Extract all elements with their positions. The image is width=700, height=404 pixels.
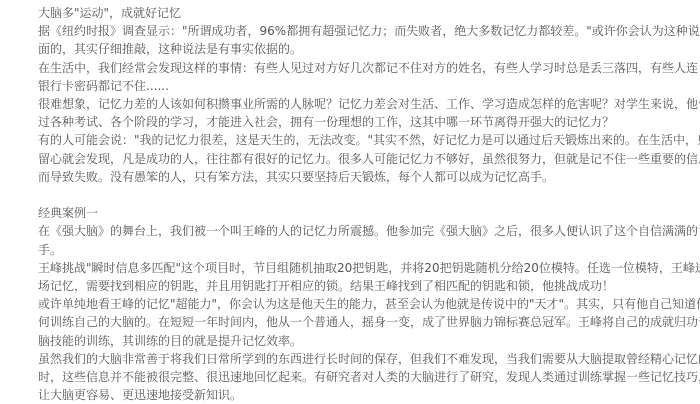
text-line: 留心就会发现，凡是成功的人，往往都有很好的记忆力。很多人可能记忆力不够好，虽然很… [38, 150, 650, 168]
text-line: 王峰挑战"瞬时信息多匹配"这个项目时，节目组随机抽取20把钥匙，并将20把钥匙随… [38, 259, 650, 277]
article-body: 大脑多"运动"，成就好记忆 据《纽约时报》调查显示："所谓成功者，96%都拥有超… [38, 4, 650, 400]
paragraph-daily-life: 在生活中，我们经常会发现这样的事情：有些人见过对方好几次都记不住对方的姓名，有些… [38, 59, 650, 95]
text-line: 银行卡密码都记不住...... [38, 77, 650, 95]
text-line: 过各种考试、各个阶段的学习，才能进入社会，拥有一份理想的工作，这其中哪一环节离得… [38, 113, 650, 131]
text-line: 虽然我们的大脑非常善于将我们日常所学到的东西进行长时间的保存，但我们不难发现，当… [38, 350, 650, 368]
text-line: 或许单纯地看王峰的记忆"超能力"，你会认为这是他天生的能力，甚至会认为他就是传说… [38, 295, 650, 313]
text-line: 在《强大脑》的舞台上，我们被一个叫王峰的人的记忆力所震撼。他参加完《强大脑》之后… [38, 222, 650, 240]
text-line: 据《纽约时报》调查显示："所谓成功者，96%都拥有超强记忆力；而失败者，绝大多数… [38, 22, 650, 40]
paragraph-harm: 很难想象，记忆力差的人该如何积攒事业所需的人脉呢？记忆力差会对生活、工作、学习造… [38, 95, 650, 131]
text-line: 让大脑更容易、更迅速地接受新知识。 [38, 386, 650, 400]
text-line: 很难想象，记忆力差的人该如何积攒事业所需的人脉呢？记忆力差会对生活、工作、学习造… [38, 95, 650, 113]
text-line: 何训练自己的大脑的。在短短一年时间内，他从一个普通人，摇身一变，成了世界脑力锦标… [38, 313, 650, 331]
text-line: 而导致失败。没有愚笨的人，只有笨方法，其实只要坚持后天锻炼，每个人都可以成为记忆… [38, 168, 650, 186]
paragraph-spacer [38, 186, 650, 204]
paragraph-case-research: 虽然我们的大脑非常善于将我们日常所学到的东西进行长时间的保存，但我们不难发现，当… [38, 350, 650, 400]
text-line: 脑技能的训练，其训练的目的就是提升记忆效率。 [38, 332, 650, 350]
paragraph-case-training: 或许单纯地看王峰的记忆"超能力"，你会认为这是他天生的能力，甚至会认为他就是传说… [38, 295, 650, 350]
text-line: 面的，其实仔细推敲，这种说法是有事实依据的。 [38, 40, 650, 58]
paragraph-survey: 据《纽约时报》调查显示："所谓成功者，96%都拥有超强记忆力；而失败者，绝大多数… [38, 22, 650, 58]
text-line: 场记忆，需要找到相应的钥匙，并且用钥匙打开相应的锁。结果王峰找到了相匹配的钥匙和… [38, 277, 650, 295]
paragraph-trainable: 有的人可能会说："我的记忆力很差，这是天生的，无法改变。"其实不然，好记忆力是可… [38, 131, 650, 186]
paragraph-case-challenge: 王峰挑战"瞬时信息多匹配"这个项目时，节目组随机抽取20把钥匙，并将20把钥匙随… [38, 259, 650, 295]
text-line: 在生活中，我们经常会发现这样的事情：有些人见过对方好几次都记不住对方的姓名，有些… [38, 59, 650, 77]
text-line: 时，这些信息并不能被很完整、很迅速地回忆起来。有研究者对人类的大脑进行了研究，发… [38, 368, 650, 386]
case-heading: 经典案例一 [38, 204, 650, 222]
article-title: 大脑多"运动"，成就好记忆 [38, 4, 650, 22]
text-line: 手。 [38, 241, 650, 259]
paragraph-case-intro: 在《强大脑》的舞台上，我们被一个叫王峰的人的记忆力所震撼。他参加完《强大脑》之后… [38, 222, 650, 258]
text-line: 有的人可能会说："我的记忆力很差，这是天生的，无法改变。"其实不然，好记忆力是可… [38, 131, 650, 149]
